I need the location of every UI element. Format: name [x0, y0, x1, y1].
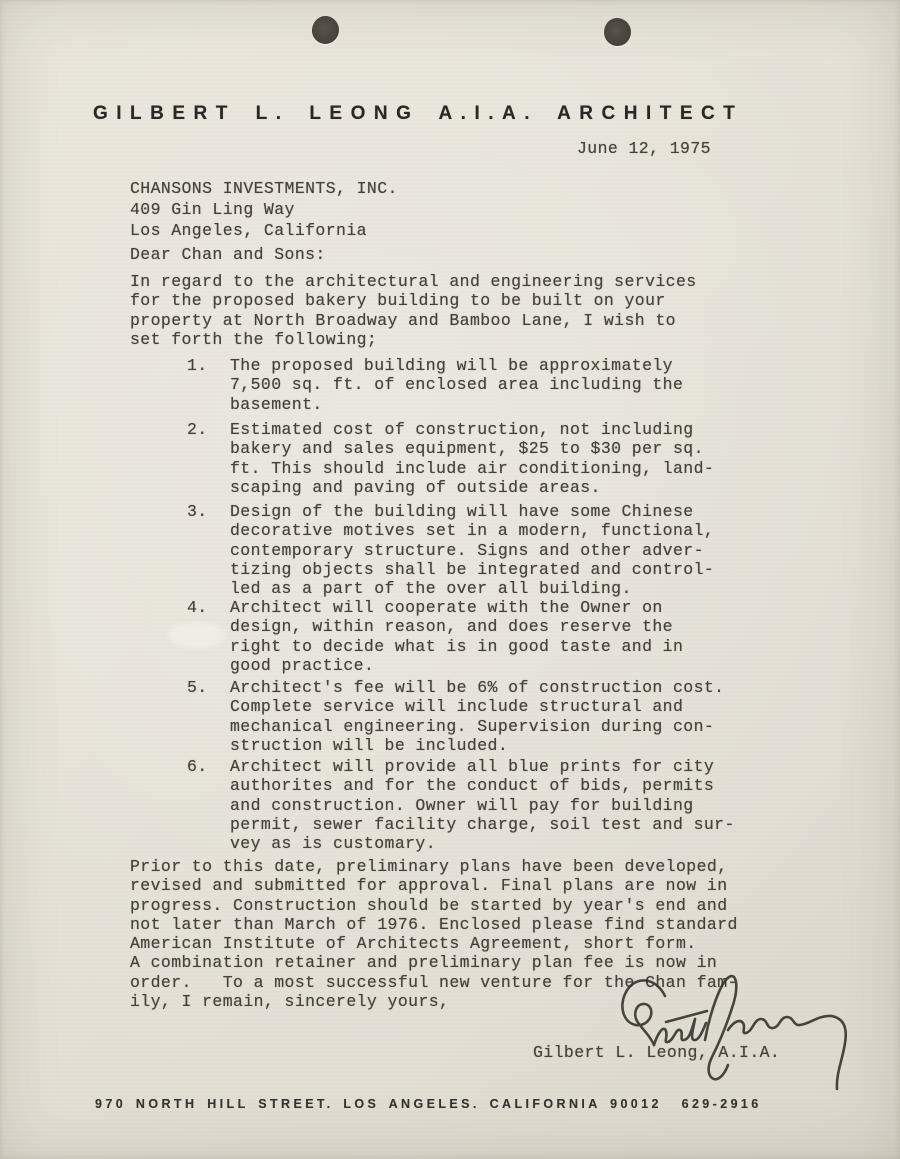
- hole-punch-left: [310, 14, 341, 45]
- letterhead-name: GILBERT L. LEONG A.I.A. ARCHITECT: [93, 103, 853, 125]
- signature-typed-name: Gilbert L. Leong, A.I.A.: [533, 1043, 780, 1062]
- item-text: Estimated cost of construction, not incl…: [230, 420, 770, 497]
- recipient-address: CHANSONS INVESTMENTS, INC. 409 Gin Ling …: [130, 178, 398, 241]
- item-text: Design of the building will have some Ch…: [230, 502, 770, 598]
- item-text: Architect will cooperate with the Owner …: [230, 598, 770, 675]
- letter-page: GILBERT L. LEONG A.I.A. ARCHITECT June 1…: [0, 0, 900, 1159]
- handwritten-signature-icon: [608, 968, 860, 1096]
- item-number: 6.: [187, 757, 208, 776]
- item-number: 5.: [187, 678, 208, 697]
- item-number: 4.: [187, 598, 208, 617]
- item-number: 3.: [187, 502, 208, 521]
- salutation: Dear Chan and Sons:: [130, 245, 326, 264]
- intro-paragraph: In regard to the architectural and engin…: [130, 272, 697, 349]
- item-text: Architect will provide all blue prints f…: [230, 757, 770, 853]
- letterhead-footer-address: 970 NORTH HILL STREET. LOS ANGELES. CALI…: [95, 1097, 855, 1111]
- letter-date: June 12, 1975: [577, 139, 711, 158]
- item-text: The proposed building will be approximat…: [230, 356, 770, 414]
- item-number: 1.: [187, 356, 208, 375]
- hole-punch-right: [603, 17, 633, 48]
- item-text: Architect's fee will be 6% of constructi…: [230, 678, 770, 755]
- item-number: 2.: [187, 420, 208, 439]
- whiteout-smudge: [168, 622, 226, 648]
